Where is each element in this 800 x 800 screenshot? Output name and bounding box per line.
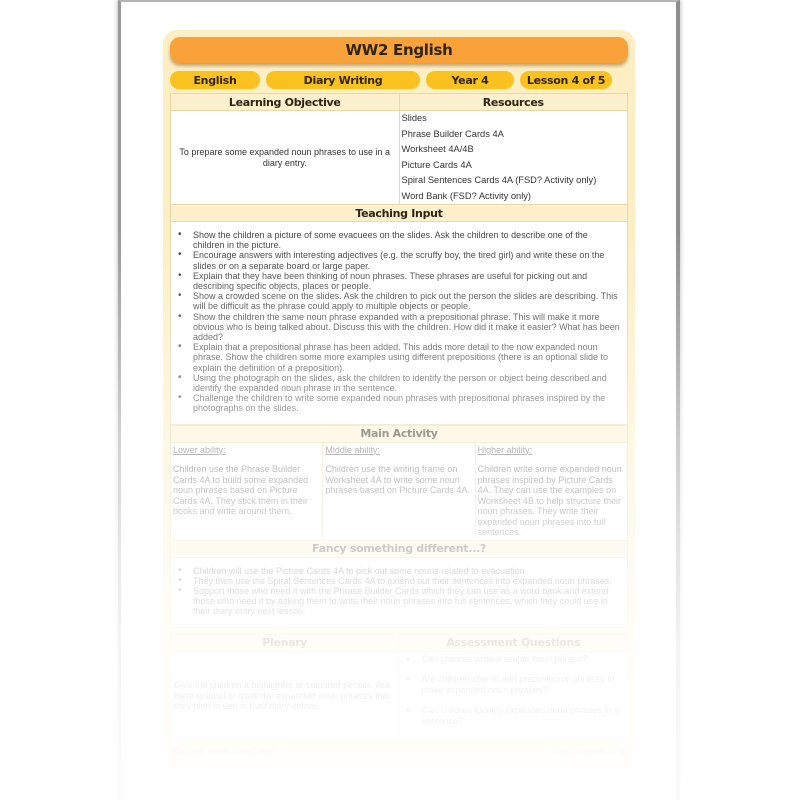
lesson-number-pill: Lesson 4 of 5	[520, 71, 612, 89]
teaching-step: Explain that a prepositional phrase has …	[193, 342, 621, 373]
teaching-step: Using the photograph on the slides, ask …	[193, 373, 621, 393]
objectives-table: Learning Objective Resources To prepare …	[170, 93, 628, 425]
resource-item: Spiral Sentences Cards 4A (FSD? Activity…	[402, 173, 626, 189]
plenary-text: Give the children a highlighter or colou…	[171, 651, 400, 741]
higher-ability-cell: Higher ability: Children write some expa…	[475, 442, 627, 540]
lower-ability-text: Children use the Phrase Builder Cards 4A…	[173, 464, 308, 516]
middle-ability-text: Children use the writing frame on Worksh…	[325, 464, 470, 495]
teaching-step: Explain that they have been thinking of …	[193, 271, 621, 291]
fancy-item: They then use the Spiral Sentences Cards…	[193, 576, 621, 586]
teaching-input-header: Teaching Input	[171, 205, 628, 222]
teaching-step: Challenge the children to write some exp…	[193, 393, 621, 413]
footer-website: classroomsecrets.co.uk	[553, 749, 626, 756]
main-activity-table: Main Activity Lower ability: Children us…	[170, 425, 628, 628]
assessment-question: Are children able to add prepositional p…	[422, 674, 624, 695]
resource-item: Worksheet 4A/4B	[402, 142, 626, 158]
unit-pill: Diary Writing	[266, 71, 420, 89]
resources-list: Slides Phrase Builder Cards 4A Worksheet…	[399, 111, 628, 205]
higher-ability-label: Higher ability:	[478, 445, 625, 456]
teaching-step: Show the children a picture of some evac…	[193, 230, 621, 250]
learning-objective-text: To prepare some expanded noun phrases to…	[171, 111, 400, 205]
resources-header: Resources	[399, 94, 628, 111]
resource-item: Slides	[402, 111, 626, 127]
fancy-item: Children will use the Picture Cards 4A t…	[193, 566, 621, 576]
fancy-something-different-header: Fancy something different...?	[171, 540, 628, 557]
assessment-questions-cell: Can children write a simple noun phrase?…	[399, 651, 628, 741]
plenary-header: Plenary	[171, 634, 400, 651]
teaching-input-section: Show the children a picture of some evac…	[171, 222, 628, 425]
assessment-question: Can children write a simple noun phrase?	[422, 654, 624, 665]
fancy-item: Support those who need it with the Phras…	[193, 586, 621, 617]
lower-ability-cell: Lower ability: Children use the Phrase B…	[171, 442, 323, 540]
fancy-section: Children will use the Picture Cards 4A t…	[171, 557, 628, 627]
footer-copyright: Classroom Secrets Limited 2018	[172, 749, 273, 756]
assessment-question: Can children identify expanded noun phra…	[422, 705, 624, 726]
teaching-step: Encourage answers with interesting adjec…	[193, 250, 621, 270]
resource-item: Word Bank (FSD? Activity only)	[402, 189, 626, 205]
middle-ability-cell: Middle ability: Children use the writing…	[323, 442, 475, 540]
main-activity-header: Main Activity	[171, 425, 628, 442]
teaching-step: Show the children the same noun phrase e…	[193, 312, 621, 343]
resource-item: Picture Cards 4A	[402, 158, 626, 174]
year-pill: Year 4	[426, 71, 514, 89]
assessment-questions-header: Assessment Questions	[399, 634, 628, 651]
lesson-info-pills: English Diary Writing Year 4 Lesson 4 of…	[170, 71, 628, 89]
lesson-title: WW2 English	[170, 37, 628, 63]
subject-pill: English	[170, 71, 260, 89]
lower-ability-label: Lower ability:	[173, 445, 320, 456]
resource-item: Phrase Builder Cards 4A	[402, 127, 626, 143]
learning-objective-header: Learning Objective	[171, 94, 400, 111]
higher-ability-text: Children write some expanded noun phrase…	[478, 464, 622, 537]
lesson-plan-sheet: WW2 English English Diary Writing Year 4…	[163, 30, 635, 770]
page-footer: Classroom Secrets Limited 2018 classroom…	[170, 749, 628, 756]
teaching-step: Show a crowded scene on the slides. Ask …	[193, 291, 621, 311]
middle-ability-label: Middle ability:	[325, 445, 472, 456]
plenary-assessment-table: Plenary Assessment Questions Give the ch…	[170, 634, 628, 742]
